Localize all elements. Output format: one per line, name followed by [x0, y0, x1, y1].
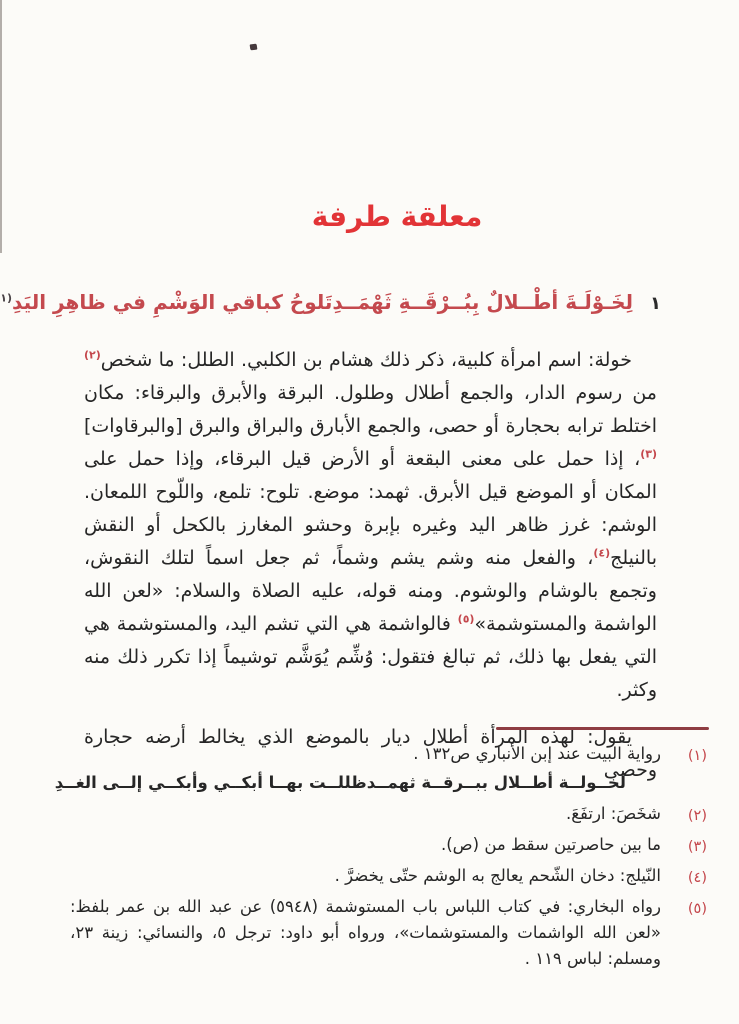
scan-edge-artifact: [0, 0, 2, 253]
commentary-seg-1: خولة: اسم امرأة كلبية، ذكر ذلك هشام بن ا…: [101, 349, 632, 371]
verse-footnote-ref-1: (١): [0, 291, 12, 304]
footnote-marker-5: (٥): [661, 894, 707, 922]
footnote-marker-1: (١): [661, 741, 707, 769]
footnote-text-2: شخَصَ: ارتفَعَ.: [70, 801, 661, 827]
footnote-1-verse: لخــولــة أطــلال ببــرقــة ثهمــد ظللــ…: [55, 770, 626, 796]
commentary-seg-2: من رسوم الدار، والجمع أطلال وطلول. البرق…: [84, 382, 657, 437]
footnote-item-1: (١) رواية البيت عند إبن الأنباري ص١٣٢ . …: [70, 741, 707, 798]
footnote-text-4: النّيلج: دخان الشّحم يعالج به الوشم حتّى…: [70, 863, 661, 889]
footnote-item-5: (٥) رواه البخاري: في كتاب اللباس باب الم…: [70, 894, 707, 972]
commentary-paragraph: خولة: اسم امرأة كلبية، ذكر ذلك هشام بن ا…: [84, 344, 657, 707]
footnote-ref-2: (٢): [84, 349, 101, 362]
footnote-separator: [496, 727, 709, 730]
verse-line: ١ لِخَـوْلَـةَ أطْــلالٌ بِبُــرْقَــةِ …: [86, 290, 661, 314]
footnote-text-1: رواية البيت عند إبن الأنباري ص١٣٢ . لخــ…: [30, 741, 661, 798]
footnotes-block: (١) رواية البيت عند إبن الأنباري ص١٣٢ . …: [70, 741, 707, 975]
scan-speck-artifact: [250, 44, 258, 51]
main-text-block: خولة: اسم امرأة كلبية، ذكر ذلك هشام بن ا…: [84, 344, 657, 787]
book-page: معلقة طرفة ١ لِخَـوْلَـةَ أطْــلالٌ بِبُ…: [0, 0, 739, 1024]
verse-first-hemistich-group: ١ لِخَـوْلَـةَ أطْــلالٌ بِبُــرْقَــةِ …: [332, 290, 661, 314]
footnote-marker-3: (٣): [661, 832, 707, 860]
footnote-marker-2: (٢): [661, 801, 707, 829]
footnote-item-3: (٣) ما بين حاصرتين سقط من (ص).: [70, 832, 707, 860]
verse-number: ١: [650, 293, 661, 314]
verse-hemistich-left: تَلوحُ كباقي الوَشْمِ في ظاهِرِ اليَدِ(١…: [0, 290, 332, 314]
footnote-ref-5: (٥): [458, 613, 475, 626]
footnote-ref-3: (٣): [640, 448, 657, 461]
footnote-item-4: (٤) النّيلج: دخان الشّحم يعالج به الوشم …: [70, 863, 707, 891]
footnote-marker-4: (٤): [661, 863, 707, 891]
footnote-text-3: ما بين حاصرتين سقط من (ص).: [70, 832, 661, 858]
footnote-item-2: (٢) شخَصَ: ارتفَعَ.: [70, 801, 707, 829]
footnote-text-5: رواه البخاري: في كتاب اللباس باب المستوش…: [70, 894, 661, 972]
footnote-1-verse-left: ظللــت بهــا أبكــي وأبكــي إلــى الغــد…: [55, 770, 367, 796]
footnote-ref-4: (٤): [593, 547, 610, 560]
verse-hemistich-right: لِخَـوْلَـةَ أطْــلالٌ بِبُــرْقَــةِ ثَ…: [332, 290, 633, 314]
verse-hemistich-left-text: تَلوحُ كباقي الوَشْمِ في ظاهِرِ اليَدِ: [12, 290, 332, 314]
page-title: معلقة طرفة: [55, 200, 739, 233]
footnote-1-citation: رواية البيت عند إبن الأنباري ص١٣٢ .: [413, 744, 661, 763]
footnote-1-verse-right: لخــولــة أطــلال ببــرقــة ثهمــد: [367, 770, 626, 796]
